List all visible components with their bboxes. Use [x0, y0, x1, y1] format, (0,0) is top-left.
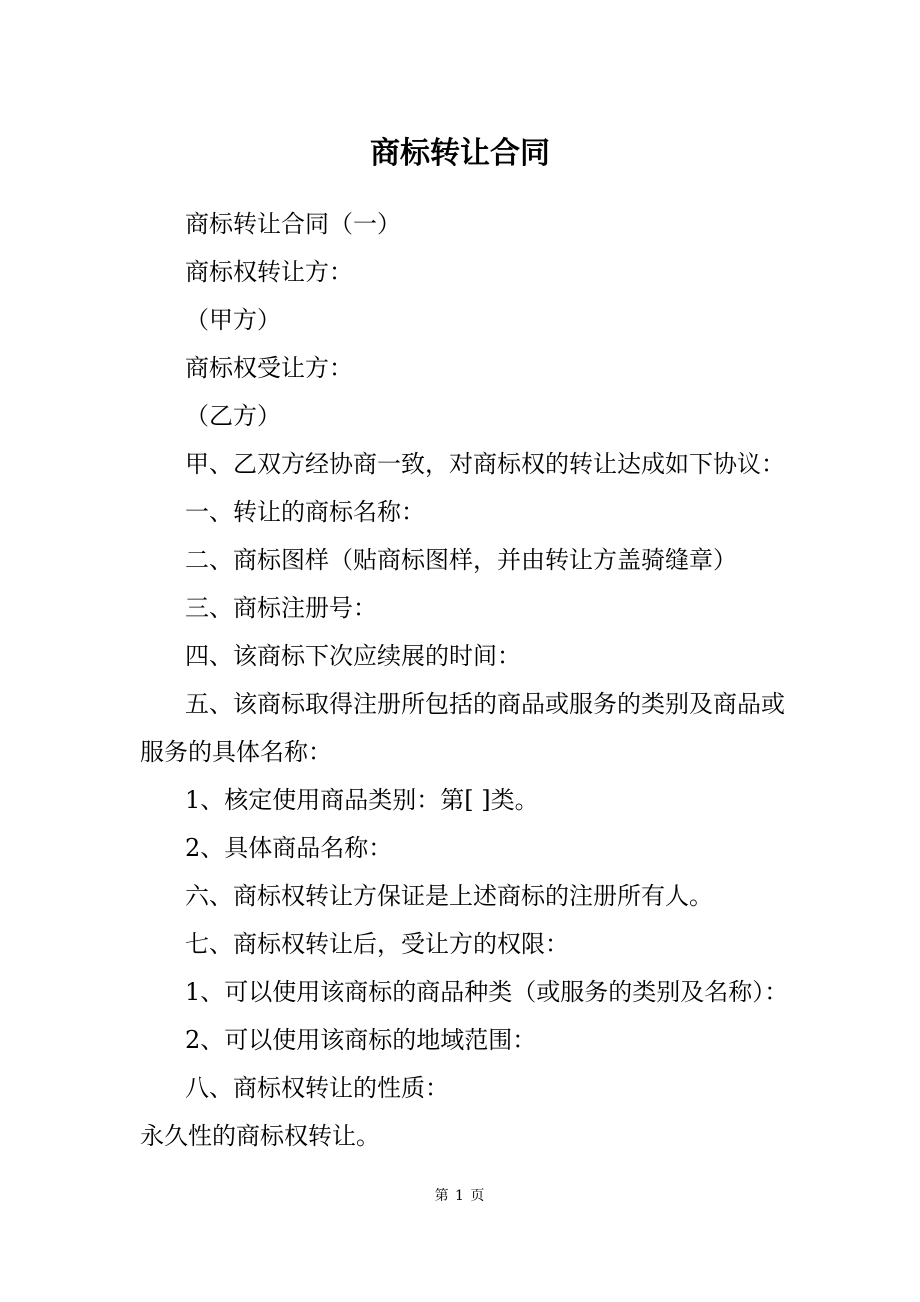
paragraph-line: 八、商标权转让的性质： [140, 1064, 790, 1112]
paragraph-line: 1、可以使用该商标的商品种类（或服务的类别及名称）： [140, 968, 790, 1016]
paragraph-line: 一、转让的商标名称： [140, 488, 790, 536]
paragraph-line: （甲方） [140, 296, 790, 344]
paragraph-line: 2、具体商品名称： [140, 824, 790, 872]
paragraph-line: 商标权转让方： [140, 248, 790, 296]
paragraph-line: 商标权受让方： [140, 344, 790, 392]
paragraph-line: 五、该商标取得注册所包括的商品或服务的类别及商品或 [140, 680, 790, 728]
paragraph-line: 商标转让合同（一） [140, 200, 790, 248]
page-number: 第 1 页 [0, 1186, 920, 1206]
paragraph-line: 七、商标权转让后，受让方的权限： [140, 920, 790, 968]
paragraph-line: （乙方） [140, 392, 790, 440]
document-title: 商标转让合同 [0, 138, 920, 170]
paragraph-line: 1、核定使用商品类别：第[ ]类。 [140, 776, 790, 824]
paragraph-line: 服务的具体名称： [140, 728, 790, 776]
document-body: 商标转让合同（一）商标权转让方：（甲方）商标权受让方：（乙方）甲、乙双方经协商一… [140, 200, 790, 1160]
paragraph-line: 永久性的商标权转让。 [140, 1112, 790, 1160]
paragraph-line: 三、商标注册号： [140, 584, 790, 632]
paragraph-line: 甲、乙双方经协商一致，对商标权的转让达成如下协议： [140, 440, 790, 488]
paragraph-line: 六、商标权转让方保证是上述商标的注册所有人。 [140, 872, 790, 920]
paragraph-line: 2、可以使用该商标的地域范围： [140, 1016, 790, 1064]
paragraph-line: 二、商标图样（贴商标图样，并由转让方盖骑缝章） [140, 536, 790, 584]
paragraph-line: 四、该商标下次应续展的时间： [140, 632, 790, 680]
document-page: 商标转让合同 商标转让合同（一）商标权转让方：（甲方）商标权受让方：（乙方）甲、… [0, 0, 920, 1302]
